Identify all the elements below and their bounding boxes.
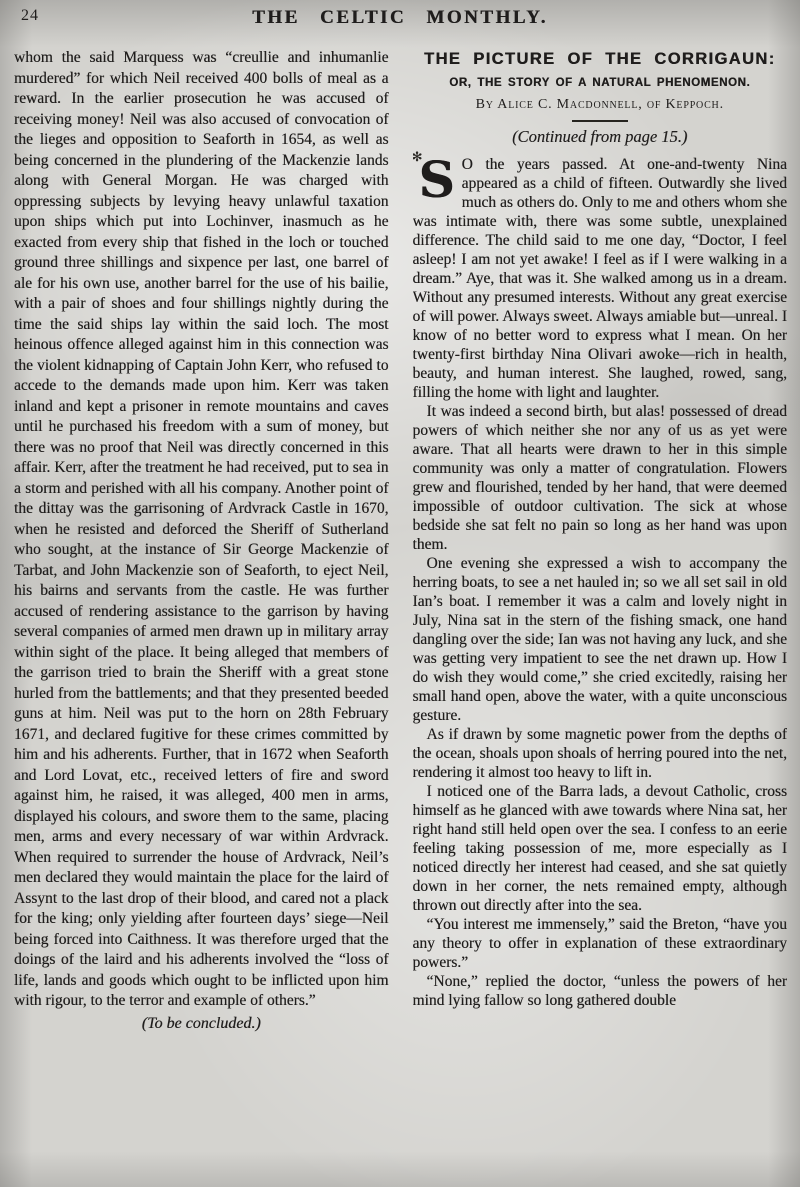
article-subtitle: OR, THE STORY OF A NATURAL PHENOMENON. xyxy=(413,77,788,89)
left-article-text: whom the said Marquess was “creullie and… xyxy=(14,48,389,1012)
article-byline: By Alice C. Macdonnell, of Keppoch. xyxy=(413,97,788,113)
section-divider xyxy=(572,120,628,122)
article-paragraph: I noticed one of the Barra lads, a devou… xyxy=(413,782,788,915)
dropcap-flourish-icon: ✻ xyxy=(413,148,423,167)
article-paragraph: “You interest me immensely,” said the Br… xyxy=(413,915,788,972)
article-paragraph: As if drawn by some magnetic power from … xyxy=(413,725,788,782)
article-opening-paragraph: ✻SO the years passed. At one-and-twenty … xyxy=(413,155,788,402)
article-paragraph: “None,” replied the doctor, “unless the … xyxy=(413,972,788,1010)
continuation-note: (Continued from page 15.) xyxy=(413,127,788,147)
right-column: THE PICTURE OF THE CORRIGAUN: OR, THE ST… xyxy=(413,48,788,1033)
article-paragraph: One evening she expressed a wish to acco… xyxy=(413,554,788,725)
magazine-page: 24 THE CELTIC MONTHLY. whom the said Mar… xyxy=(0,0,800,1187)
article-paragraph: O the years passed. At one-and-twenty Ni… xyxy=(413,156,788,401)
page-header: 24 THE CELTIC MONTHLY. xyxy=(0,0,800,40)
journal-title: THE CELTIC MONTHLY. xyxy=(0,0,800,29)
article-paragraph: It was indeed a second birth, but alas! … xyxy=(413,402,788,554)
two-column-layout: whom the said Marquess was “creullie and… xyxy=(0,40,800,1033)
article-title: THE PICTURE OF THE CORRIGAUN: xyxy=(413,50,788,69)
to-be-concluded-note: (To be concluded.) xyxy=(14,1015,389,1033)
page-number: 24 xyxy=(21,7,39,25)
left-column: whom the said Marquess was “creullie and… xyxy=(14,48,389,1033)
